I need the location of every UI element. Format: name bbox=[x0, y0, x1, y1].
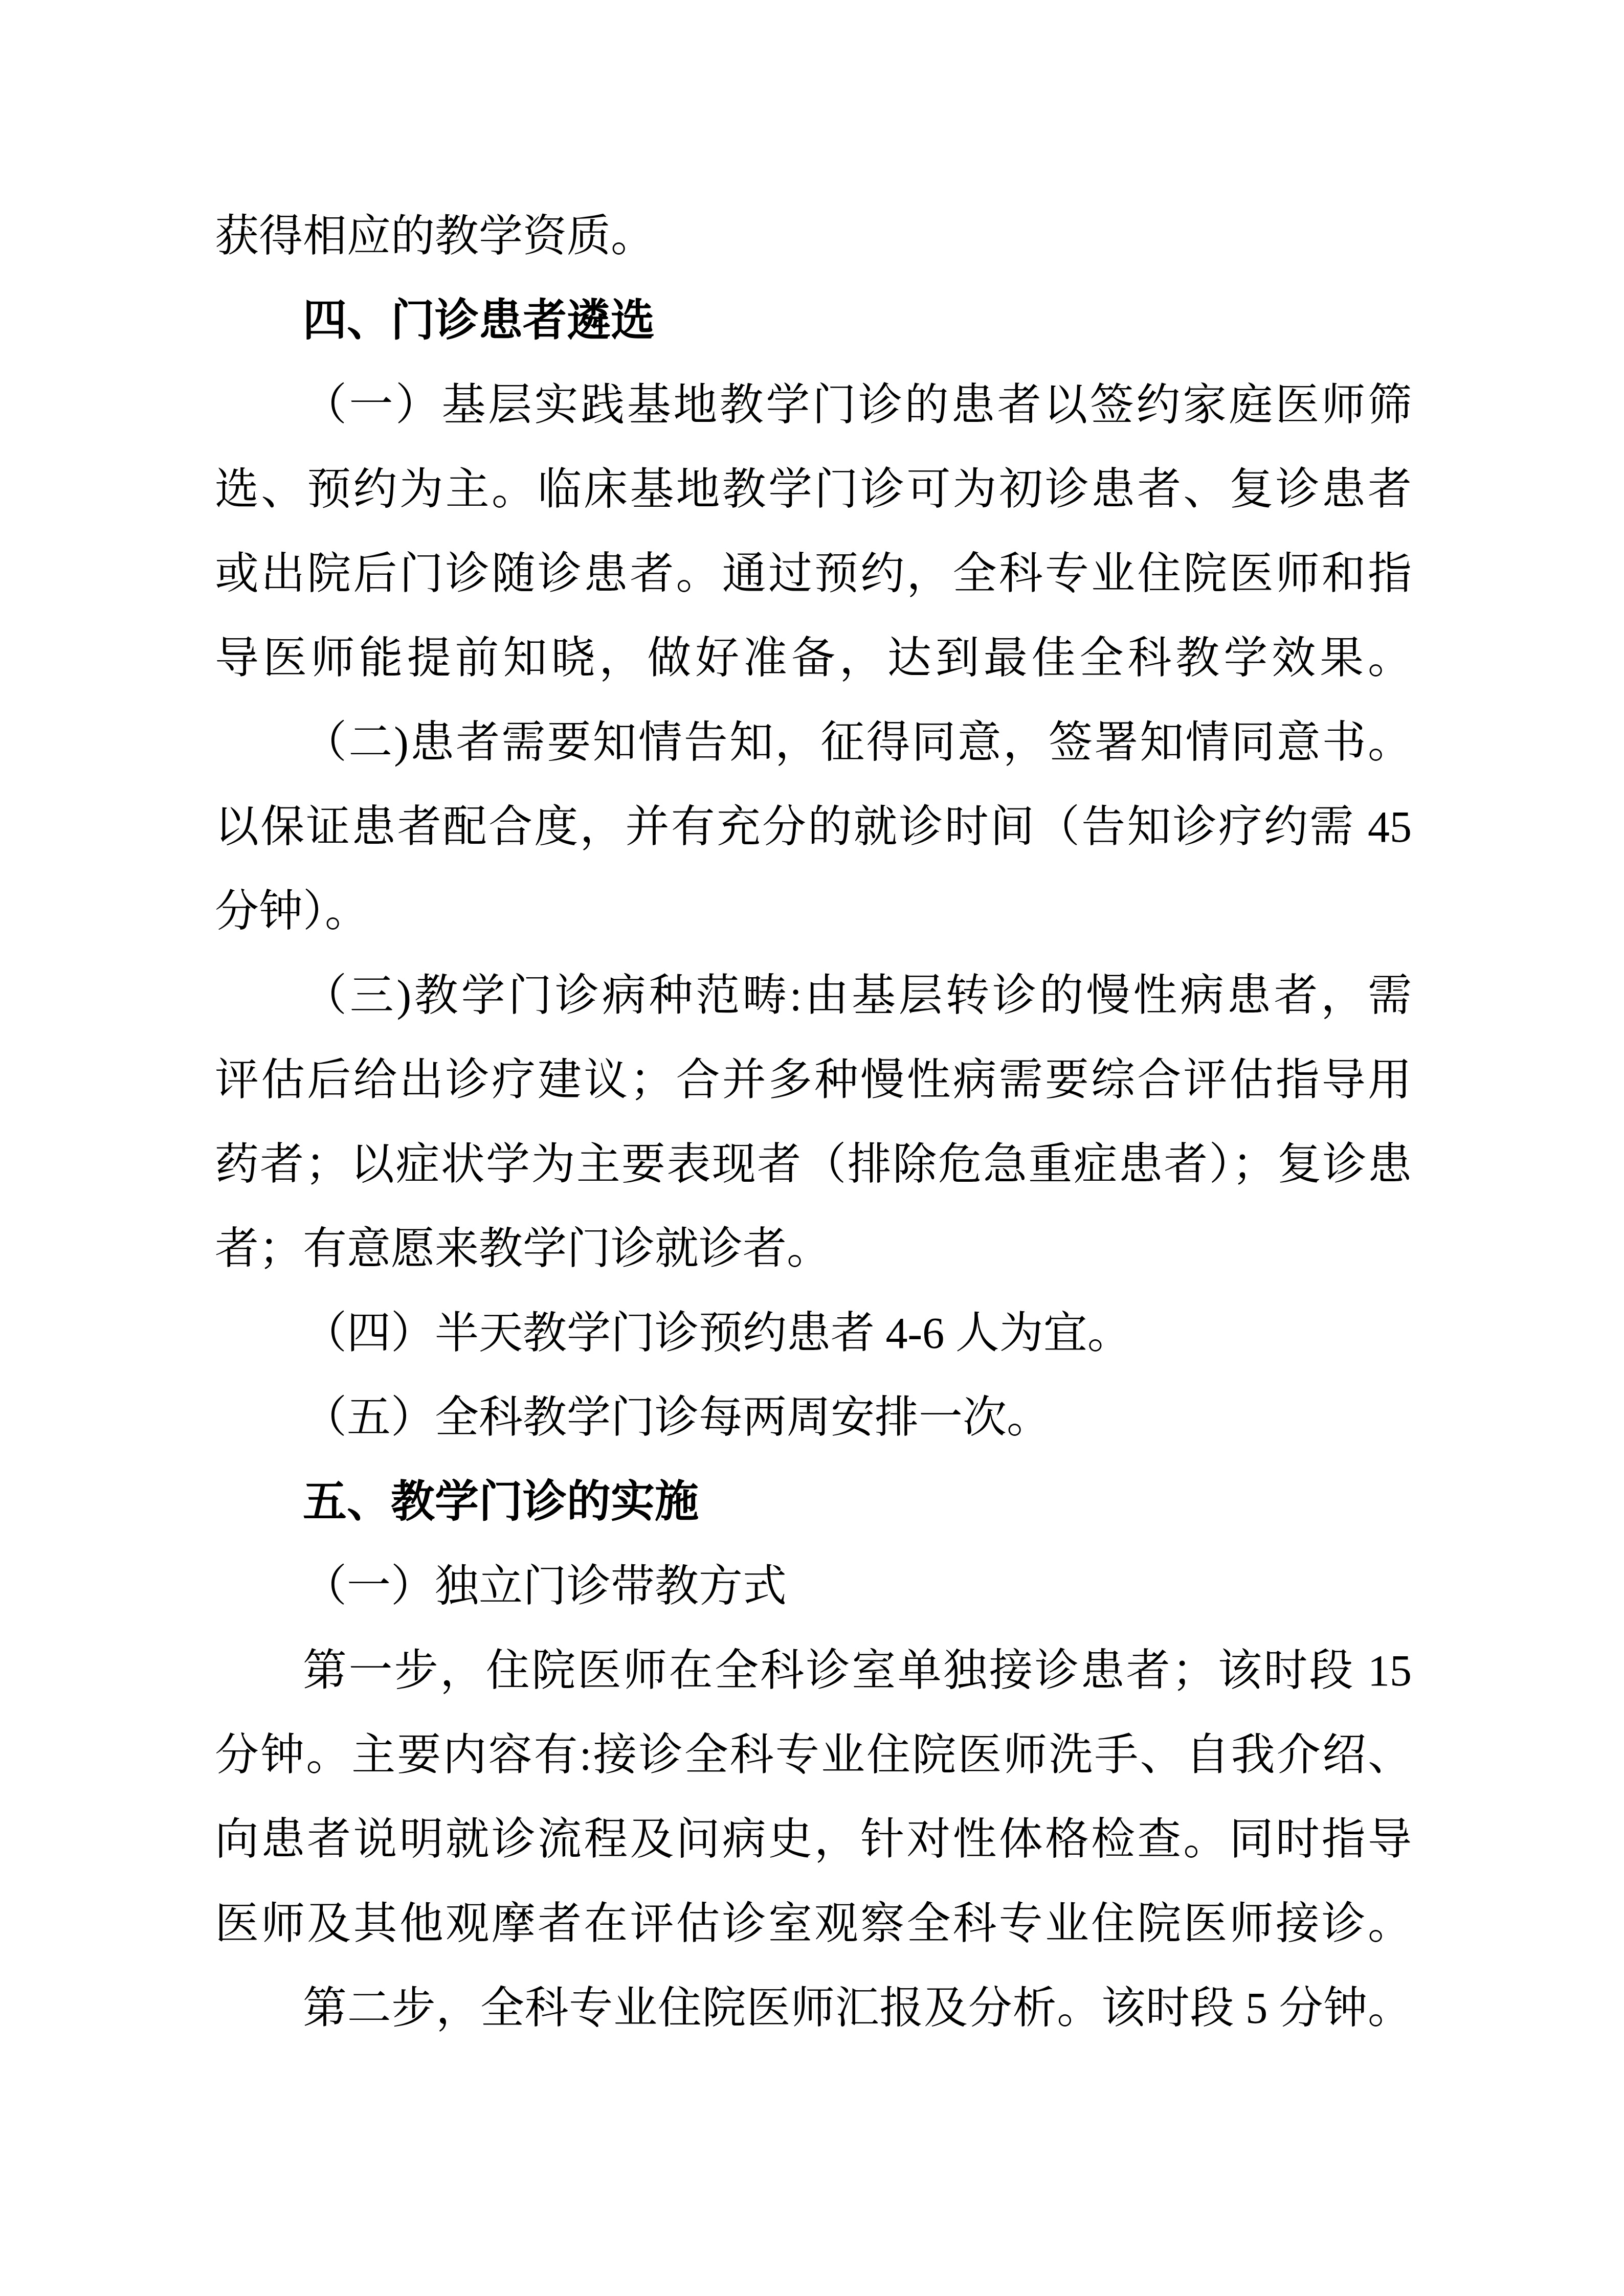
text-line: 药者；以症状学为主要表现者（排除危急重症患者）；复诊患 bbox=[215, 1122, 1412, 1207]
text-line: 者；有意愿来教学门诊就诊者。 bbox=[215, 1207, 1412, 1291]
text-line: （五）全科教学门诊每两周安排一次。 bbox=[215, 1376, 1412, 1460]
text-line: 分钟。主要内容有:接诊全科专业住院医师洗手、自我介绍、 bbox=[215, 1713, 1412, 1797]
text-line: 第一步，住院医师在全科诊室单独接诊患者；该时段 15 bbox=[215, 1629, 1412, 1713]
text-line: 或出院后门诊随诊患者。通过预约，全科专业住院医师和指 bbox=[215, 532, 1412, 616]
text-line: 第二步，全科专业住院医师汇报及分析。该时段 5 分钟。 bbox=[215, 1966, 1412, 2051]
text-line: 选、预约为主。临床基地教学门诊可为初诊患者、复诊患者 bbox=[215, 447, 1412, 532]
text-line: 导医师能提前知晓，做好准备，达到最佳全科教学效果。 bbox=[215, 616, 1412, 701]
text-line: 获得相应的教学资质。 bbox=[215, 194, 1412, 279]
document-text-block: 获得相应的教学资质。四、门诊患者遴选（一）基层实践基地教学门诊的患者以签约家庭医… bbox=[215, 194, 1412, 2051]
document-page: 获得相应的教学资质。四、门诊患者遴选（一）基层实践基地教学门诊的患者以签约家庭医… bbox=[0, 0, 1624, 2296]
text-line: （一）基层实践基地教学门诊的患者以签约家庭医师筛 bbox=[215, 363, 1412, 447]
text-line: （二)患者需要知情告知，征得同意，签署知情同意书。 bbox=[215, 701, 1412, 785]
text-line: 医师及其他观摩者在评估诊室观察全科专业住院医师接诊。 bbox=[215, 1882, 1412, 1966]
text-line: 评估后给出诊疗建议；合并多种慢性病需要综合评估指导用 bbox=[215, 1038, 1412, 1122]
text-line: 以保证患者配合度，并有充分的就诊时间（告知诊疗约需 45 bbox=[215, 785, 1412, 869]
text-line: （三)教学门诊病种范畴:由基层转诊的慢性病患者，需 bbox=[215, 954, 1412, 1038]
text-line: 分钟）。 bbox=[215, 869, 1412, 954]
section-heading: 四、门诊患者遴选 bbox=[215, 279, 1412, 363]
section-heading: 五、教学门诊的实施 bbox=[215, 1460, 1412, 1544]
text-line: （四）半天教学门诊预约患者 4-6 人为宜。 bbox=[215, 1291, 1412, 1376]
text-line: （一）独立门诊带教方式 bbox=[215, 1544, 1412, 1629]
text-line: 向患者说明就诊流程及问病史，针对性体格检查。同时指导 bbox=[215, 1797, 1412, 1882]
